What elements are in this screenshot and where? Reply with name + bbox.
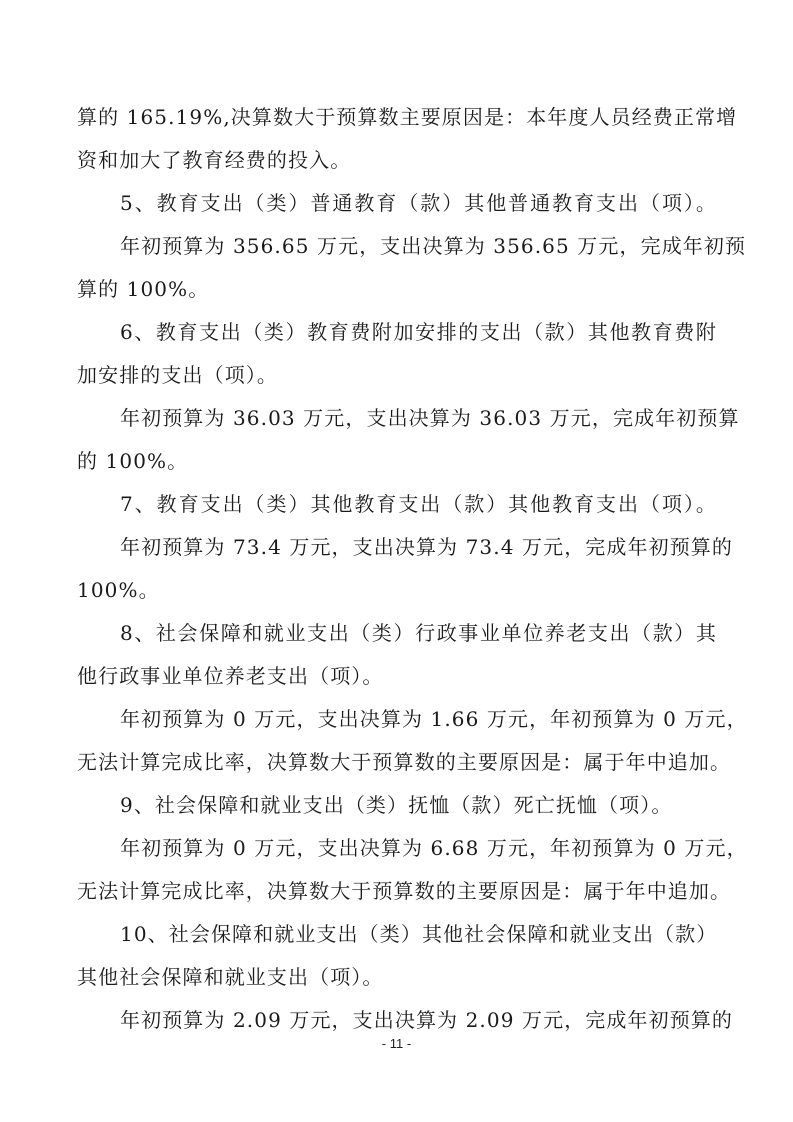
item-10-heading: 10、社会保障和就业支出（类）其他社会保障和就业支出（款） [77,913,717,956]
item-6-heading: 6、教育支出（类）教育费附加安排的支出（款）其他教育费附 [77,311,717,354]
text-line: 资和加大了教育经费的投入。 [77,139,722,182]
item-7-heading: 7、教育支出（类）其他教育支出（款）其他教育支出（项）。 [77,483,717,526]
text-line: 年初预算为 36.03 万元，支出决算为 36.03 万元，完成年初预算 [77,397,717,440]
text-line: 他行政事业单位养老支出（项）。 [77,655,722,698]
page-number: - 11 - [0,1036,793,1051]
text-line: 加安排的支出（项）。 [77,354,722,397]
item-5-heading: 5、教育支出（类）普通教育（款）其他普通教育支出（项）。 [77,182,717,225]
document-page: 算的 165.19%,决算数大于预算数主要原因是：本年度人员经费正常增 资和加大… [0,0,793,1122]
text-line: 算的 100%。 [77,268,722,311]
item-8-heading: 8、社会保障和就业支出（类）行政事业单位养老支出（款）其 [77,612,717,655]
text-line: 无法计算完成比率，决算数大于预算数的主要原因是：属于年中追加。 [77,870,717,913]
text-line: 其他社会保障和就业支出（项）。 [77,956,722,999]
text-line: 年初预算为 356.65 万元，支出决算为 356.65 万元，完成年初预 [77,225,717,268]
text-line: 的 100%。 [77,440,722,483]
text-line: 无法计算完成比率，决算数大于预算数的主要原因是：属于年中追加。 [77,741,717,784]
body-text: 算的 165.19%,决算数大于预算数主要原因是：本年度人员经费正常增 资和加大… [77,96,722,1042]
text-line: 算的 165.19%,决算数大于预算数主要原因是：本年度人员经费正常增 [77,96,717,139]
text-line: 年初预算为 0 万元，支出决算为 1.66 万元，年初预算为 0 万元， [77,698,717,741]
text-line: 100%。 [77,569,722,612]
text-line: 年初预算为 0 万元，支出决算为 6.68 万元，年初预算为 0 万元， [77,827,717,870]
text-line: 年初预算为 73.4 万元，支出决算为 73.4 万元，完成年初预算的 [77,526,717,569]
item-9-heading: 9、社会保障和就业支出（类）抚恤（款）死亡抚恤（项）。 [77,784,722,827]
